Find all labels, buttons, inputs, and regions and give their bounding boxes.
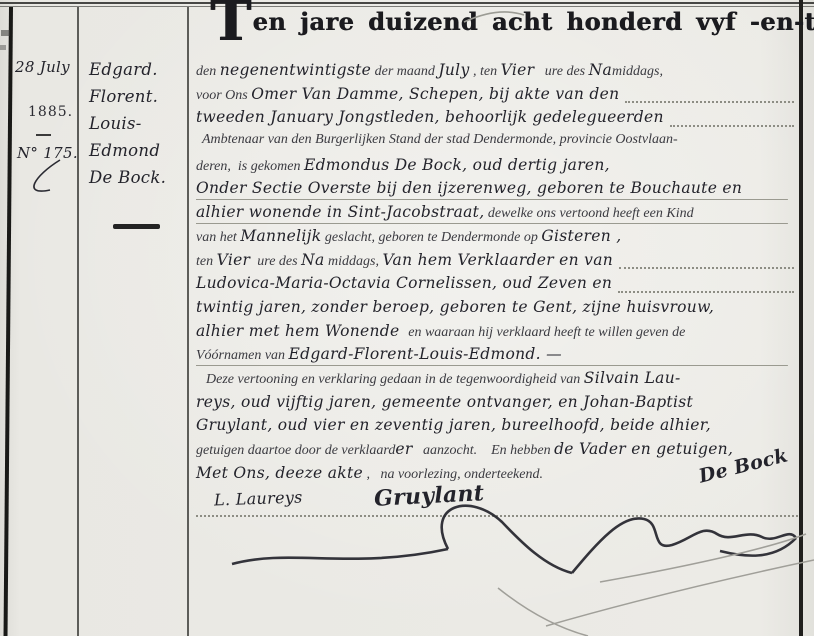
text-segment-print: , ten [470,64,501,80]
document-line: Vóórnamen van Edgard-Florent-Louis-Edmon… [196,345,800,369]
header-text: en jare duizend acht honderd vyf -en-tac… [252,7,814,36]
text-segment-hand: er [395,440,412,458]
document-line: ten Vier ure des Na middags, Van hem Ver… [196,251,800,275]
date-column-rule [77,7,79,636]
text-segment-hand: Met Ons, deeze akte [196,464,363,482]
text-segment-print: den [196,64,220,80]
binding-edge-line [4,7,13,636]
document-line: alhier wonende in Sint-Jacobstraat, dewe… [196,203,800,227]
document-line: twintig jaren, zonder beroep, geboren te… [196,298,800,322]
text-segment-hand: de Vader en getuigen, [554,440,733,458]
birth-certificate-scan: 28 July 1885. N° 175. Edgard. Florent. L… [0,0,814,636]
text-segment-print: middags, [325,254,383,270]
text-segment-hand: Edmondus De Bock, oud dertig jaren, [304,156,610,174]
document-line: deren, is gekomen Edmondus De Bock, oud … [196,156,800,180]
document-line: Ambtenaar van den Burgerlijken Stand der… [196,132,800,156]
margin-child-name: Edgard. Florent. Louis- Edmond De Bock. [89,56,184,191]
gruylant-signature: Gruylant [373,480,485,512]
text-segment-print: van het [196,230,240,246]
document-line: reys, oud vijftig jaren, gemeente ontvan… [196,393,800,417]
text-segment-hand: Gisteren , [541,227,621,245]
signature-dotted-rule [196,515,798,517]
text-segment-print: voor Ons [196,88,251,104]
laureys-signature: L. Laureys [214,487,303,509]
ornate-initial: T [210,4,251,38]
document-line: Gruylant, oud vier en zeventig jaren, bu… [196,416,800,440]
text-segment-print: deren, is gekomen [196,159,304,175]
text-segment-print: ure des [534,64,588,80]
document-line: tweeden January Jongstleden, behoorlijk … [196,108,800,132]
text-segment-print: , na voorlezing, onderteekend. [363,467,543,483]
text-segment-print: Vóórnamen van [196,348,289,364]
name-line: De Bock. [89,164,184,191]
document-line: van het Mannelijk geslacht, geboren te D… [196,227,800,251]
dotted-fill-rule [625,101,794,103]
text-segment-print: aanzocht. En hebben [413,443,555,459]
margin-act-year: 1885. [28,104,73,120]
text-segment-hand: reys, oud vijftig jaren, gemeente ontvan… [196,393,693,411]
text-segment-hand: Onder Sectie Overste bij den ijzerenweg,… [196,179,742,197]
name-line: Edgard. [89,56,184,83]
text-segment-hand: Van hem Verklaarder en van [382,251,613,269]
text-segment-print: geslacht, geboren te Dendermonde op [321,230,541,246]
name-line: Florent. [89,83,184,110]
text-segment-print: der maand [371,64,438,80]
text-segment-hand: twintig jaren, zonder beroep, geboren te… [196,298,714,316]
dotted-fill-rule [670,125,794,127]
name-column-dash [113,224,160,229]
document-header: Ten jare duizend acht honderd vyf -en-ta… [196,4,802,38]
dotted-fill-rule [618,291,794,293]
text-segment-hand: Edgard-Florent-Louis-Edmond. — [289,345,562,363]
margin-act-date: 28 July [15,58,70,76]
text-segment-hand: tweeden January Jongstleden, behoorlijk … [196,108,664,126]
text-segment-hand: alhier met hem Wonende [196,322,405,340]
name-column-rule [187,7,189,636]
edge-smudge [0,45,6,50]
document-line: voor Ons Omer Van Damme, Schepen, bij ak… [196,85,800,109]
body-lines: den negenentwintigste der maand July , t… [196,61,800,487]
text-segment-print: middags, [612,64,663,80]
name-line: Louis- [89,110,184,137]
act-number-flourish [34,160,60,191]
text-segment-hand: Ludovica-Maria-Octavia Cornelissen, oud … [196,274,612,292]
document-line: getuigen daartoe door de verklaarder aan… [196,440,800,464]
text-segment-hand: July [438,61,469,79]
text-segment-hand: Omer Van Damme, Schepen, bij akte van de… [251,85,619,103]
text-segment-hand: alhier wonende in Sint-Jacobstraat, [196,203,484,221]
margin-divider-dash [36,134,51,136]
document-line: Deze vertooning en verklaring gedaan in … [196,369,800,393]
text-segment-hand: Na [589,61,612,79]
document-line: Onder Sectie Overste bij den ijzerenweg,… [196,179,800,203]
margin-act-number: N° 175. [17,144,78,162]
text-segment-hand: negenentwintigste [220,61,371,79]
text-segment-print: ten [196,254,217,270]
text-segment-hand: Vier [501,61,535,79]
text-segment-hand: Na [301,251,324,269]
text-segment-hand: Gruylant, oud vier en zeventig jaren, bu… [196,416,711,434]
document-line: den negenentwintigste der maand July , t… [196,61,800,85]
dotted-fill-rule [619,267,794,269]
text-segment-print: dewelke ons vertoond heeft een Kind [484,206,693,222]
text-segment-print: getuigen daartoe door de verklaard [196,443,395,459]
pencil-curve-bottom [498,534,814,636]
signature-row: L. Laureys Gruylant [196,487,800,517]
text-segment-hand: Silvain Lau- [584,369,681,387]
text-segment-print: Ambtenaar van den Burgerlijken Stand der… [202,132,678,148]
text-segment-print: ure des [250,254,301,270]
text-segment-print: en waaraan hij verklaard heeft te willen… [405,325,686,341]
document-line: alhier met hem Wonende en waaraan hij ve… [196,322,800,346]
name-line: Edmond [89,137,184,164]
document-line: Ludovica-Maria-Octavia Cornelissen, oud … [196,274,800,298]
text-segment-print: Deze vertooning en verklaring gedaan in … [206,372,584,388]
text-segment-hand: Vier [217,251,251,269]
text-segment-hand: Mannelijk [240,227,321,245]
